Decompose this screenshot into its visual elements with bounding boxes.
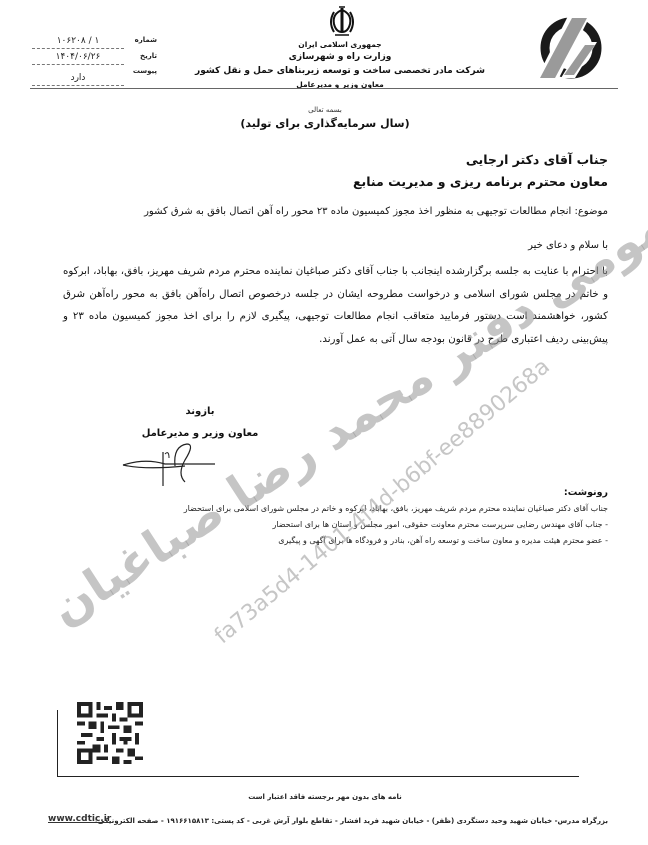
letter-subject: موضوع: انجام مطالعات توجیهی به منظور اخذ… bbox=[28, 206, 608, 217]
header-divider bbox=[30, 88, 618, 89]
iran-emblem-icon bbox=[328, 6, 356, 38]
letter-date-label: تاریخ bbox=[140, 52, 157, 60]
letter-attachment-label: پیوست bbox=[133, 67, 157, 75]
letter-date-value: ۱۴۰۴/۰۶/۲۶ bbox=[32, 52, 124, 65]
year-slogan: (سال سرمایه‌گذاری برای تولید) bbox=[160, 117, 490, 130]
invocation: بسمه تعالی bbox=[160, 106, 490, 114]
letter-number-value: ۱۰۶۲۰۸ / ۱ bbox=[32, 36, 124, 49]
letter-number-label: شماره bbox=[135, 36, 157, 44]
letter-number-row: شماره ۱۰۶۲۰۸ / ۱ bbox=[32, 36, 157, 50]
cc-item: - جناب آقای مهندس رضایی سرپرست محترم معا… bbox=[272, 520, 608, 529]
signer-name: بازوند bbox=[160, 406, 240, 417]
footer-address: بزرگراه مدرس- خیابان شهید وحید دستگردی (… bbox=[95, 817, 608, 825]
letter-attachment-value: دارد bbox=[32, 73, 124, 86]
cdtic-logo-icon bbox=[535, 12, 607, 82]
header-country: جمهوری اسلامی ایران bbox=[160, 40, 520, 49]
addressee-title: معاون محترم برنامه ریزی و مدیریت منابع bbox=[188, 174, 608, 189]
cc-title: رونوشت: bbox=[564, 487, 608, 498]
watermark-persian: روابط عمومی دفتر محمد رضا صباغیان bbox=[40, 90, 648, 637]
website-link[interactable]: www.cdtic.ir bbox=[48, 814, 111, 824]
header-company: شرکت مادر تخصصی ساخت و توسعه زیربناهای ح… bbox=[160, 66, 520, 76]
qr-code-icon bbox=[76, 702, 144, 764]
addressee-name: جناب آقای دکتر ارجایی bbox=[188, 152, 608, 167]
letter-date-row: تاریخ ۱۴۰۴/۰۶/۲۶ bbox=[32, 52, 157, 66]
footer-validity-note: نامه های بدون مهر برجسته فاقد اعتبار است bbox=[150, 793, 500, 801]
letter-attachment-row: پیوست دارد bbox=[32, 67, 157, 81]
header-ministry: وزارت راه و شهرسازی bbox=[160, 52, 520, 62]
